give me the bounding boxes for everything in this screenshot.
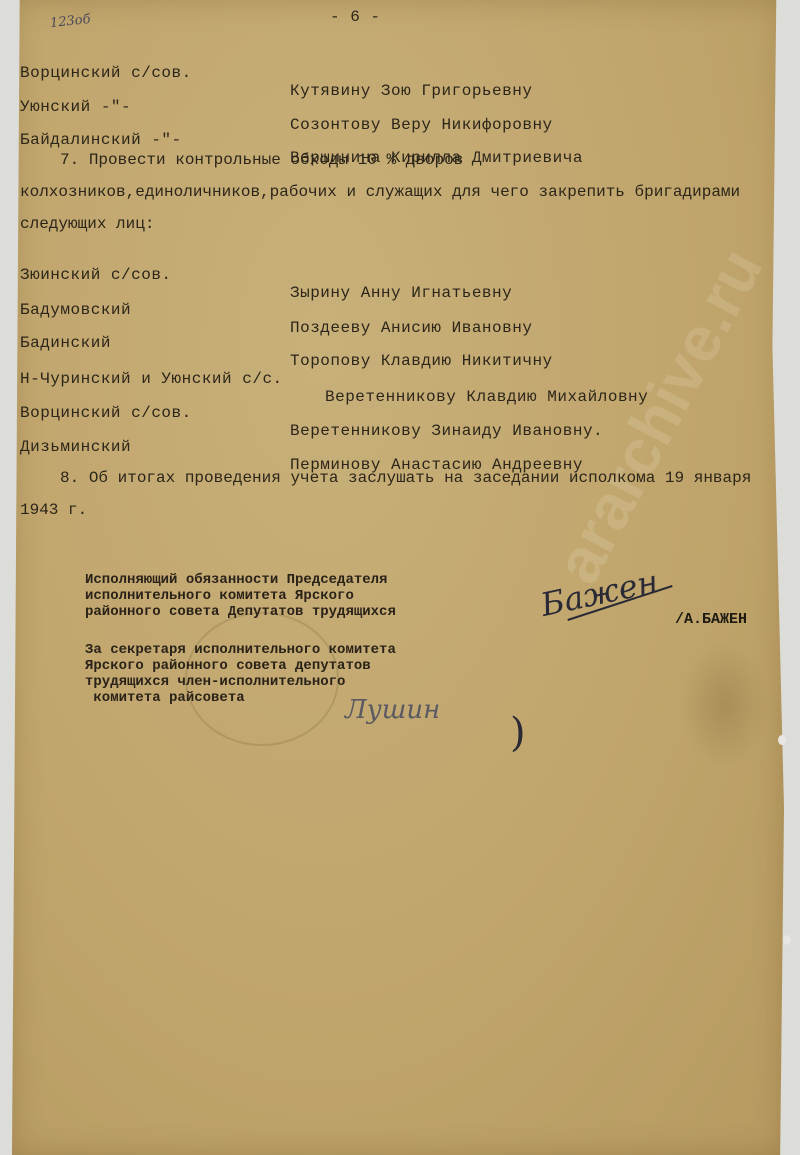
assignment-row: Байдалинский -"- Вершинина Кирилла Дмитр… — [20, 113, 40, 137]
page-number: - 6 - — [330, 8, 381, 26]
council-name: Ворцинский с/сов. — [20, 404, 192, 422]
council-name: Н-Чуринский и Уюнский с/с. — [20, 370, 283, 388]
secretary-handwritten-signature: Лушин — [345, 695, 440, 725]
binding-hole — [783, 935, 791, 945]
assignment-row: Н-Чуринский и Уюнский с/с. Веретенникову… — [20, 352, 40, 376]
assignment-row: Ворцинский с/сов. Веретенникову Зинаиду … — [20, 386, 40, 410]
council-name: Бадинский — [20, 334, 111, 352]
item-number: 8. — [60, 469, 79, 487]
person-name: Веретенникову Зинаиду Ивановну. — [290, 422, 603, 440]
binding-hole — [778, 735, 786, 745]
person-name: Зырину Анну Игнатьевну — [290, 284, 512, 302]
item-text: Провести контрольные обходы 10 % дворов … — [20, 151, 740, 233]
person-name: Поздееву Анисию Ивановну — [290, 319, 532, 337]
item-number: 7. — [60, 151, 79, 169]
item-text: Об итогах проведения учета заслушать на … — [20, 469, 751, 519]
assignment-row: Бадумовский Поздееву Анисию Ивановну — [20, 283, 40, 307]
council-name: Зюинский с/сов. — [20, 266, 172, 284]
assignment-row: Зюинский с/сов. Зырину Анну Игнатьевну — [20, 248, 40, 272]
person-name: Веретенникову Клавдию Михайловну — [325, 388, 648, 406]
signature-bracket: ) — [510, 710, 526, 756]
assignment-row: Ворцинский с/сов. Кутявину Зою Григорьев… — [20, 46, 40, 70]
item-8-paragraph: 8. Об итогах проведения учета заслушать … — [20, 462, 760, 526]
chair-title-block: Исполняющий обязанности Председателя исп… — [85, 572, 396, 620]
chair-printed-name: /А.БАЖЕН — [675, 611, 747, 628]
person-name: Торопову Клавдию Никитичну — [290, 352, 553, 370]
assignment-row: Дизьминский Перминову Анастасию Андреевн… — [20, 420, 40, 444]
person-name: Созонтову Веру Никифоровну — [290, 116, 553, 134]
council-name: Дизьминский — [20, 438, 131, 456]
assignment-row: Бадинский Торопову Клавдию Никитичну — [20, 316, 40, 340]
item-7-paragraph: 7. Провести контрольные обходы 10 % двор… — [20, 144, 760, 240]
council-name: Ворцинский с/сов. — [20, 64, 192, 82]
person-name: Кутявину Зою Григорьевну — [290, 82, 532, 100]
water-stain — [680, 640, 770, 770]
assignment-row: Уюнский -"- Созонтову Веру Никифоровну — [20, 80, 40, 104]
